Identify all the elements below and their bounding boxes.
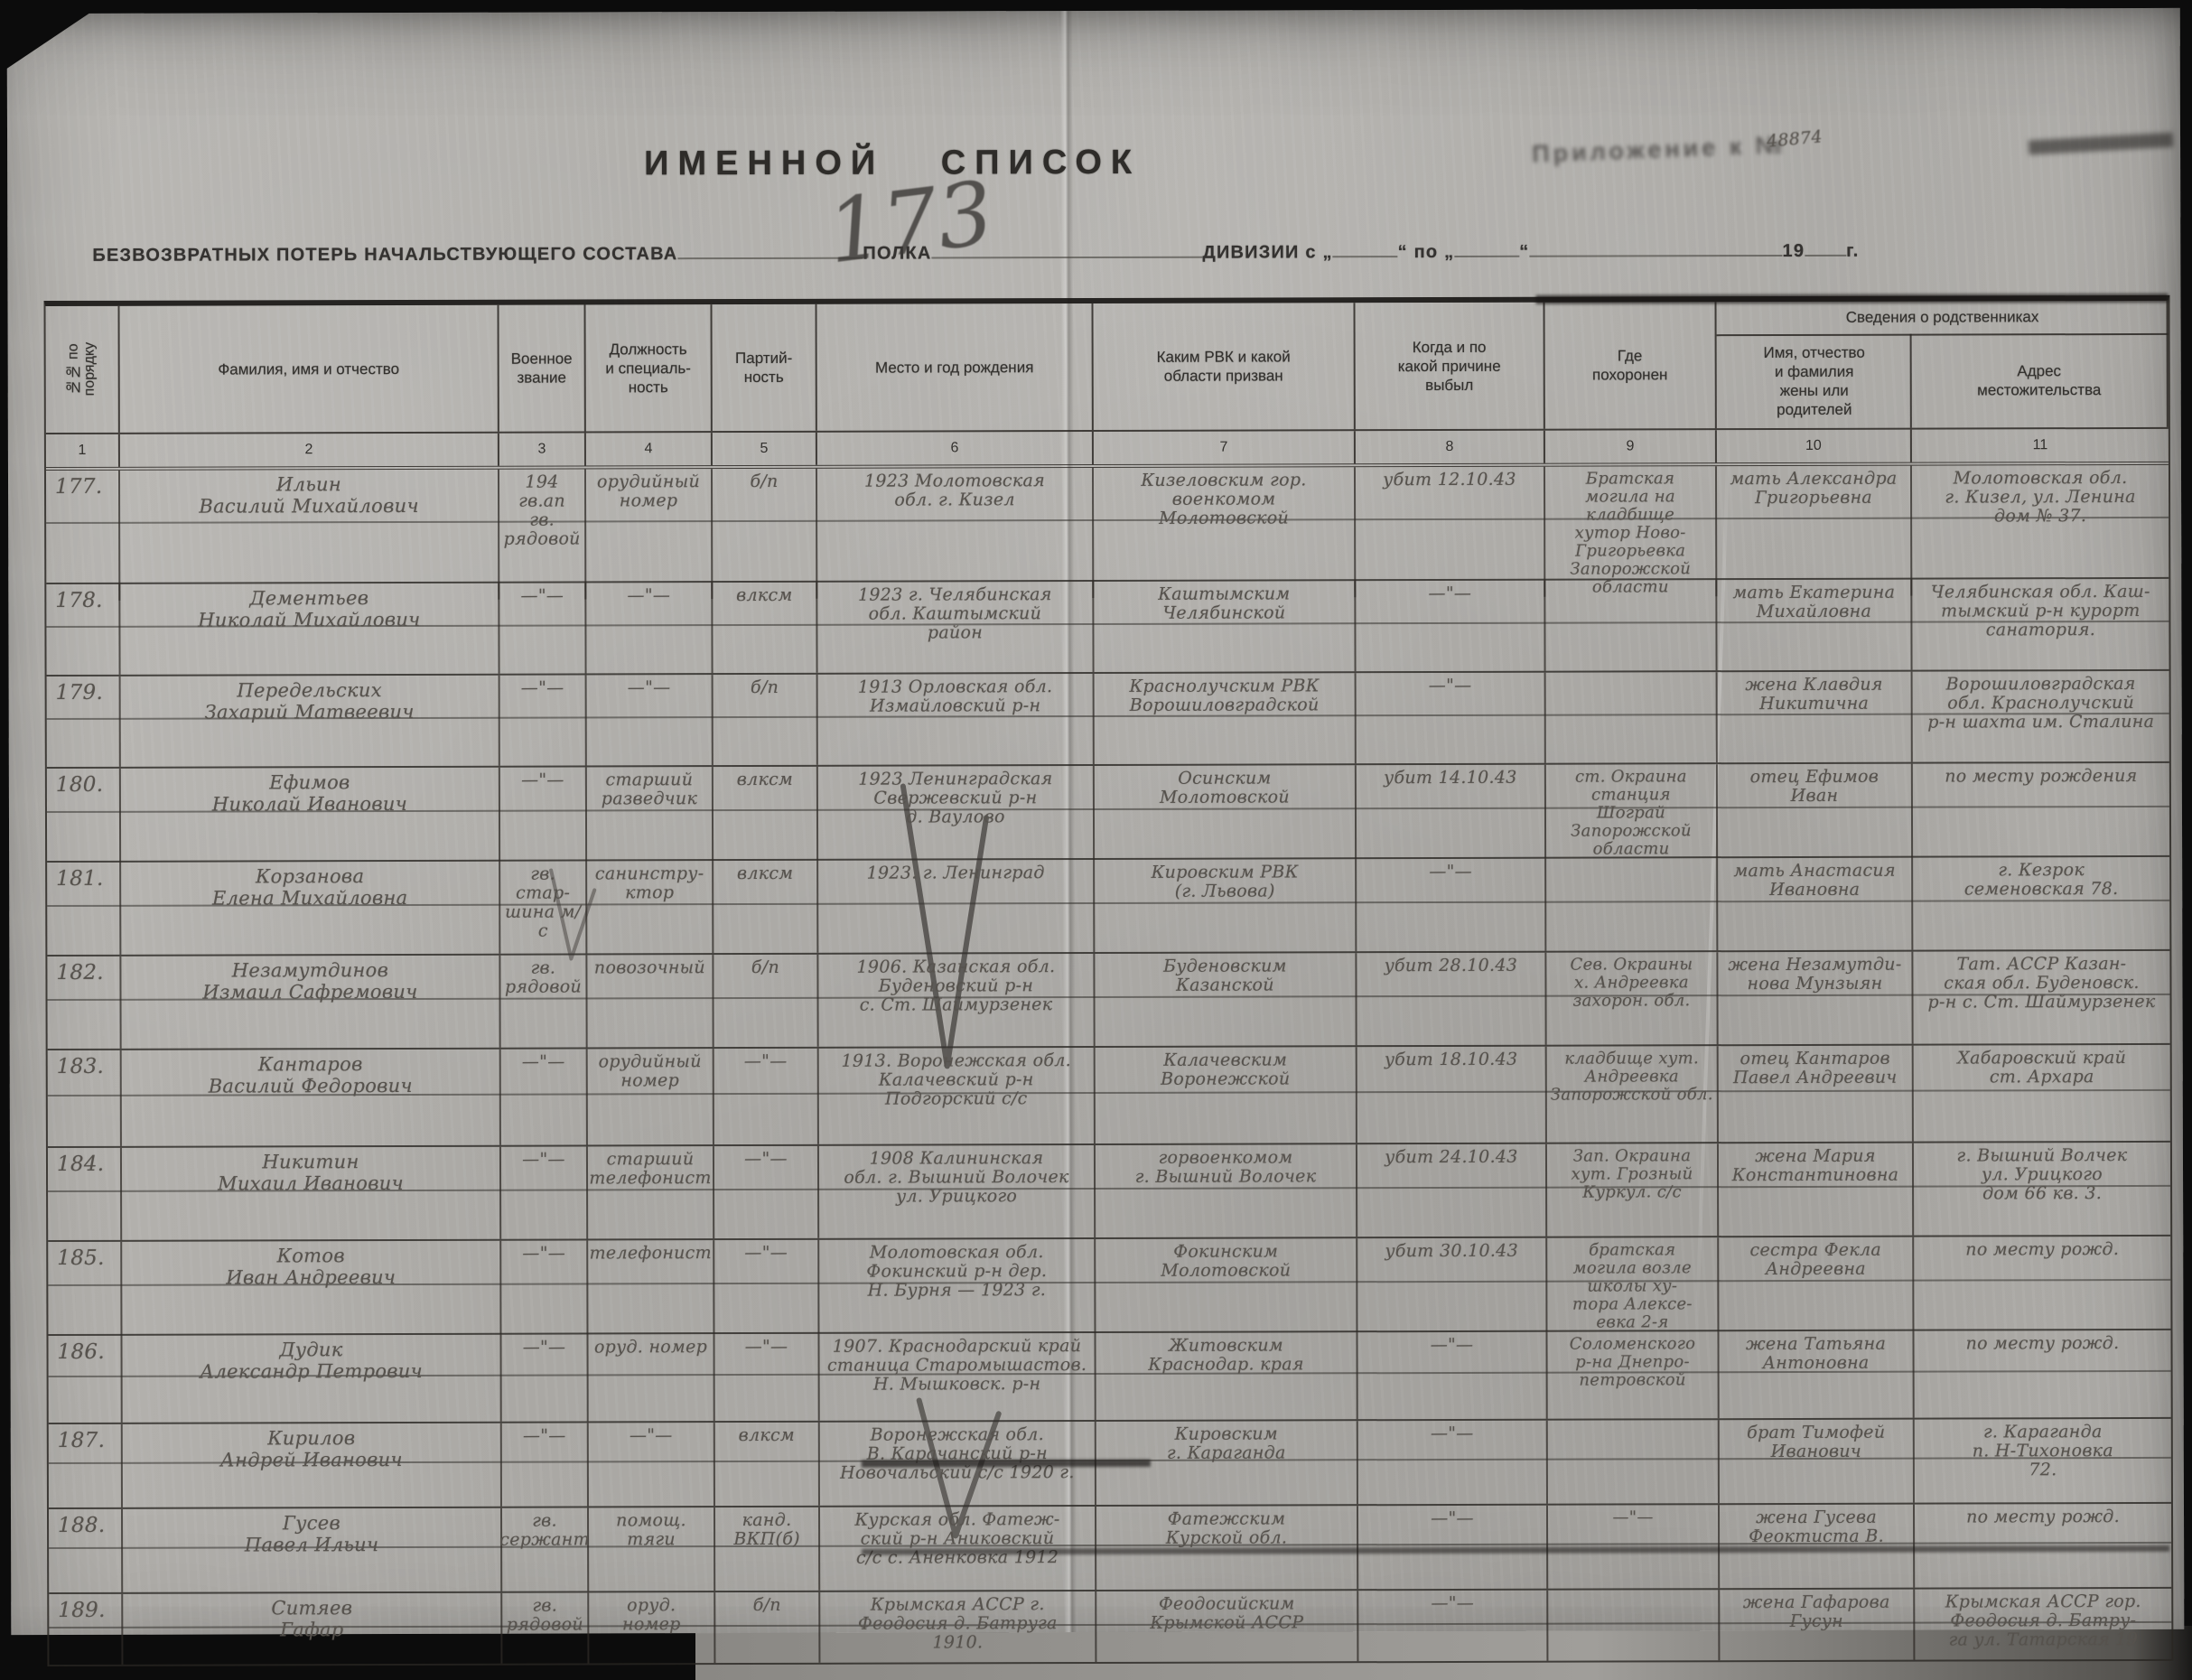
cell-birth-place-year: 1923 г. Челябинская обл. Каштымский райо… [817,582,1094,673]
cell-relative-name: отец Кантаров Павел Андреевич [1719,1046,1914,1143]
row-number: 179. [47,677,121,767]
subtitle-po: “ по „ [1398,242,1455,263]
cell-casualty-date-reason: —"— [1358,1421,1548,1505]
row-number: 178. [46,584,120,675]
header-cell-casualty: Когда и по какой причине выбыл [1355,303,1544,430]
table-row: 183. Кантаров Василий Федорович —"— оруд… [48,1045,2170,1148]
cell-relative-address: Крымская АССР гор. Феодосия д. Батру- га… [1915,1589,2171,1660]
cell-full-name: Ситяев Гафар [123,1593,502,1665]
header-cell-position: Должность и специаль- ность [586,304,713,431]
cell-position-specialty: санинстру- ктор [587,861,714,953]
header-cell-birth: Место и год рождения [816,303,1093,431]
column-number: 2 [120,434,499,467]
cell-drafted-by: Краснолучским РВК Ворошиловградской [1095,673,1357,764]
cell-military-rank: гв. сержант [502,1507,589,1591]
column-numbers-row: 1 2 3 4 5 6 7 8 9 10 11 [46,429,2169,471]
row-number: 183. [48,1050,122,1146]
cell-military-rank: гв. рядовой [500,955,587,1047]
row-number: 186. [48,1336,122,1423]
row-number: 187. [49,1424,123,1507]
subtitle-text: БЕЗВОЗВРАТНЫХ ПОТЕРЬ НАЧАЛЬСТВУЮЩЕГО СОС… [92,244,677,266]
cell-burial-place: кладбище хут. Андреевка Запорожской обл. [1547,1046,1719,1142]
cell-position-specialty: орудийный номер [586,469,713,599]
column-number: 3 [499,433,586,465]
ink-smudge [2029,133,2174,155]
cell-birth-place-year: 1906. Казанская обл. Буденовский р-н с. … [818,954,1095,1047]
cell-full-name: Ильин Василий Михайлович [120,470,499,601]
row-number: 189. [49,1594,123,1665]
fill-in-blank [1454,238,1519,257]
cell-full-name: Незамутдинов Измаил Сафремович [121,956,500,1049]
row-number: 181. [47,863,121,955]
cell-relative-address: г. Караганда п. Н-Тихоновка 72. [1915,1419,2171,1503]
table-row: 180. Ефимов Николай Иванович —"— старший… [47,763,2169,863]
cell-casualty-date-reason: убит 18.10.43 [1357,1047,1547,1143]
cell-birth-place-year: Крымская АССР г. Феодосия д. Батруга 191… [820,1591,1096,1663]
corner-tear [5,12,92,70]
cell-full-name: Дементьев Николай Михайлович [120,583,499,675]
header-cell-full-name: Фамилия, имя и отчество [120,305,499,433]
header-cell-party: Партий- ность [713,304,817,431]
table-row: 177. Ильин Василий Михайлович 194 гв.ап … [46,465,2169,584]
fill-in-blank [1529,237,1782,257]
cell-birth-place-year: Молотовская обл. Фокинский р-н дер. Н. Б… [819,1239,1096,1334]
table-row: 179. Передельских Захарий Матвеевич —"— … [47,671,2169,769]
cell-position-specialty: телефонист [588,1240,714,1334]
cell-burial-place [1545,580,1717,670]
cell-position-specialty: старший телефонист [588,1146,714,1238]
column-number: 8 [1356,431,1545,464]
cell-relative-address: по месту рожд. [1914,1330,2170,1418]
cell-birth-place-year: 1923 Молотовская обл. г. Кизел [817,468,1094,599]
cell-casualty-date-reason: убит 24.10.43 [1357,1144,1547,1237]
cell-burial-place [1548,1590,1720,1660]
cell-casualty-date-reason: —"— [1358,1591,1548,1662]
document-paper: ИМЕННОЙ СПИСОК БЕЗВОЗВРАТНЫХ ПОТЕРЬ НАЧА… [7,8,2185,1635]
cell-position-specialty: повозочный [587,955,714,1047]
cell-party-status: влксм [715,1423,820,1506]
cell-birth-place-year: 1923 Ленинградская Свержевский р-н д. Ва… [818,766,1095,861]
cell-birth-place-year: 1908 Калининская обл. г. Вышний Волочек … [819,1145,1096,1238]
cell-relative-address: по месту рождения [1913,763,2169,858]
table-row: 186. Дудик Александр Петрович —"— оруд. … [48,1330,2170,1424]
header-label: №№ по порядку [66,342,98,397]
cell-party-status: —"— [714,1334,819,1421]
header-cell-burial: Где похоронен [1544,302,1716,428]
cell-relative-name: жена Незамутди- нова Мунзыян [1718,952,1913,1045]
cell-military-rank: гв. рядовой [502,1592,589,1663]
cell-drafted-by: Житовским Краснодар. края [1096,1332,1357,1420]
cell-position-specialty: оруд. номер [589,1592,715,1663]
cell-position-specialty: —"— [587,675,714,765]
cell-drafted-by: Кизеловским гор. военкомом Молотовской [1094,467,1356,598]
cell-relative-name: отец Ефимов Иван [1718,764,1913,859]
subtitle-line: БЕЗВОЗВРАТНЫХ ПОТЕРЬ НАЧАЛЬСТВУЮЩЕГО СОС… [92,236,2142,266]
cell-relative-address: г. Вышний Волчек ул. Урицкого дом 66 кв.… [1914,1143,2170,1236]
scanned-document-photo: { "page": { "title": "ИМЕННОЙ СПИСОК", "… [0,0,2192,1680]
cell-casualty-date-reason: —"— [1357,859,1546,952]
header-cell-military-rank: Военное звание [499,304,586,431]
subtitle-divizii: ДИВИЗИИ с „ [1202,242,1332,263]
cell-relative-address: Молотовская обл. г. Кизел, ул. Ленина до… [1912,465,2169,596]
cell-military-rank: —"— [501,1049,588,1144]
cell-relative-name: жена Гафарова Гусун [1720,1590,1915,1661]
cell-relative-address: г. Кезрок семеновская 78. [1913,857,2169,950]
table-row: 181. Корзанова Елена Михайловна гв. стар… [47,857,2169,957]
row-number: 180. [47,769,121,863]
cell-relative-name: жена Клавдия Никитична [1718,672,1913,763]
column-number: 10 [1717,430,1912,463]
ink-smudge [1535,294,2168,304]
cell-drafted-by: горвоенкомом г. Вышний Волочек [1096,1144,1357,1237]
cell-drafted-by: Осинским Молотовской [1095,765,1357,860]
cell-party-status: б/п [715,1592,820,1663]
cell-burial-place: Соломенского р-на Днепро- петровской [1547,1331,1719,1418]
cell-full-name: Гусев Павел Ильич [123,1508,502,1592]
fill-in-blank [1805,237,1846,257]
cell-full-name: Кантаров Василий Федорович [122,1050,501,1146]
cell-relative-name: жена Татьяна Антоновна [1719,1331,1914,1419]
cell-party-status: —"— [714,1240,819,1334]
cell-party-status: —"— [714,1146,819,1238]
column-number: 11 [1912,429,2169,462]
cell-position-specialty: помощ. тяги [589,1507,715,1591]
subtitle-year: 19 [1782,241,1805,262]
cell-position-specialty: оруд. номер [588,1334,714,1421]
attachment-stamp-number: 48874 [1766,127,1824,151]
cell-relative-name: мать Александра Григорьевна [1717,466,1912,597]
cell-relative-name: сестра Фекла Андреевна [1719,1237,1914,1332]
column-number: 6 [817,432,1094,465]
fill-in-blank [1333,238,1398,257]
cell-burial-place: ст. Окраина станция Шограй Запорожской о… [1546,764,1718,858]
table-body: 177. Ильин Василий Михайлович 194 гв.ап … [46,465,2171,1666]
cell-party-status: б/п [714,675,818,765]
cell-drafted-by: Феодосийским Крымской АССР [1096,1591,1358,1662]
subtitle-god: г. [1846,241,1859,262]
cell-casualty-date-reason: —"— [1357,1332,1547,1420]
handwritten-page-mark: 173 [822,163,999,284]
row-number: 182. [47,957,121,1049]
cell-military-rank: —"— [499,583,586,673]
table-row: 184. Никитин Михаил Иванович —"— старший… [48,1143,2170,1242]
subtitle-quote: “ [1519,242,1529,263]
cell-full-name: Корзанова Елена Михайловна [121,862,500,955]
row-number: 177. [46,471,120,601]
cell-party-status: влксм [713,583,817,673]
cell-party-status: канд. ВКП(б) [715,1507,820,1591]
table-row: 189. Ситяев Гафар гв. рядовой оруд. номе… [49,1589,2171,1666]
cell-relative-name: брат Тимофей Иванович [1720,1420,1915,1504]
cell-casualty-date-reason: убит 14.10.43 [1357,765,1546,860]
row-number: 188. [49,1509,123,1592]
cell-full-name: Никитин Михаил Иванович [122,1147,501,1240]
cell-burial-place: Братская могила на кладбище хутор Ново- … [1545,466,1717,596]
cell-casualty-date-reason: убит 28.10.43 [1357,953,1546,1046]
table-row: 185. Котов Иван Андреевич —"— телефонист… [48,1237,2170,1336]
row-number: 185. [48,1242,122,1336]
column-number: 7 [1094,431,1356,464]
cell-burial-place: Зап. Окраина хут. Грозный Куркул. с/с [1547,1143,1719,1236]
cell-relative-address: Хабаровский край ст. Архара [1914,1045,2170,1142]
cell-military-rank: 194 гв.ап гв. рядовой [499,469,586,599]
cell-party-status: б/п [714,955,818,1047]
cell-military-rank: —"— [501,1240,588,1334]
cell-drafted-by: Фокинским Молотовской [1096,1238,1357,1333]
table-row: 182. Незамутдинов Измаил Сафремович гв. … [47,951,2169,1050]
cell-military-rank: —"— [501,1146,588,1238]
cell-casualty-date-reason: —"— [1357,673,1546,764]
cell-burial-place: Сев. Окраины х. Андреевка захорон. обл. [1546,952,1718,1044]
cell-full-name: Кирилов Андрей Иванович [123,1423,502,1507]
cell-full-name: Ефимов Николай Иванович [121,768,500,863]
column-number: 9 [1545,430,1717,462]
casualty-table: №№ по порядку Фамилия, имя и отчество Во… [43,295,2173,1666]
cell-relative-address: Ворошиловградская обл. Краснолучский р-н… [1913,671,2169,762]
cell-birth-place-year: 1907. Краснодарский край станица Старомы… [819,1333,1096,1421]
column-divider [1910,334,1912,428]
header-cell-order-number: №№ по порядку [46,306,120,433]
cell-burial-place: братская могила возле школы ху- тора Але… [1547,1237,1719,1331]
table-row: 178. Дементьев Николай Михайлович —"— —"… [46,579,2169,677]
cell-casualty-date-reason: —"— [1356,581,1545,672]
cell-drafted-by: Кировским РВК (г. Львова) [1095,859,1357,952]
attachment-stamp-label: Приложение к № [1532,131,1787,169]
row-number: 184. [48,1148,122,1240]
cell-casualty-date-reason: убит 30.10.43 [1357,1238,1547,1333]
cell-drafted-by: Каштымским Челябинской [1094,581,1356,672]
column-number: 4 [586,433,713,465]
cell-military-rank: —"— [501,1334,588,1421]
cell-relative-name: мать Анастасия Ивановна [1718,858,1913,951]
cell-drafted-by: Буденовским Казанской [1095,953,1357,1046]
cell-position-specialty: старший разведчик [587,767,714,861]
cell-military-rank: —"— [500,675,587,765]
cell-burial-place [1546,858,1718,950]
table-header: №№ по порядку Фамилия, имя и отчество Во… [46,301,2169,434]
relatives-group-header: Сведения о родственниках [1716,301,2168,336]
cell-casualty-date-reason: убит 12.10.43 [1356,467,1545,598]
cell-position-specialty: —"— [586,583,713,673]
column-number: 1 [46,434,120,467]
cell-position-specialty: —"— [589,1423,715,1506]
cell-relative-address: по месту рожд. [1914,1237,2170,1331]
cell-party-status: влксм [714,861,818,953]
cell-relative-address: Тат. АССР Казан- ская обл. Буденовск. р-… [1913,951,2169,1044]
cell-full-name: Дудик Александр Петрович [122,1335,501,1423]
cell-military-rank: —"— [502,1423,589,1506]
cell-relative-name: жена Мария Константиновна [1719,1143,1914,1237]
header-cell-drafted-by: Каким РВК и какой области призван [1093,303,1355,430]
cell-birth-place-year: 1923. г. Ленинград [818,860,1095,953]
cell-drafted-by: Калачевским Воронежской [1096,1047,1357,1143]
cell-military-rank: гв. стар- шина м/с [500,861,587,953]
cell-full-name: Котов Иван Андреевич [122,1241,501,1336]
cell-party-status: —"— [714,1049,819,1144]
column-number: 5 [713,433,817,465]
cell-burial-place [1546,672,1718,762]
cell-military-rank: —"— [500,767,587,861]
cell-relative-address: Челябинская обл. Каш- тымский р-н курорт… [1912,579,2169,670]
cell-birth-place-year: 1913 Орловская обл. Измайловский р-н [818,674,1095,765]
cell-party-status: б/п [713,469,817,599]
cell-relative-name: мать Екатерина Михайловна [1717,580,1912,671]
cell-full-name: Передельских Захарий Матвеевич [121,676,500,767]
cell-burial-place [1548,1420,1720,1503]
cell-party-status: влксм [714,767,818,861]
cell-position-specialty: орудийный номер [588,1049,714,1144]
ink-smudge [862,1460,1151,1468]
cell-birth-place-year: 1913. Воронежская обл. Калачевский р-н П… [819,1048,1096,1144]
